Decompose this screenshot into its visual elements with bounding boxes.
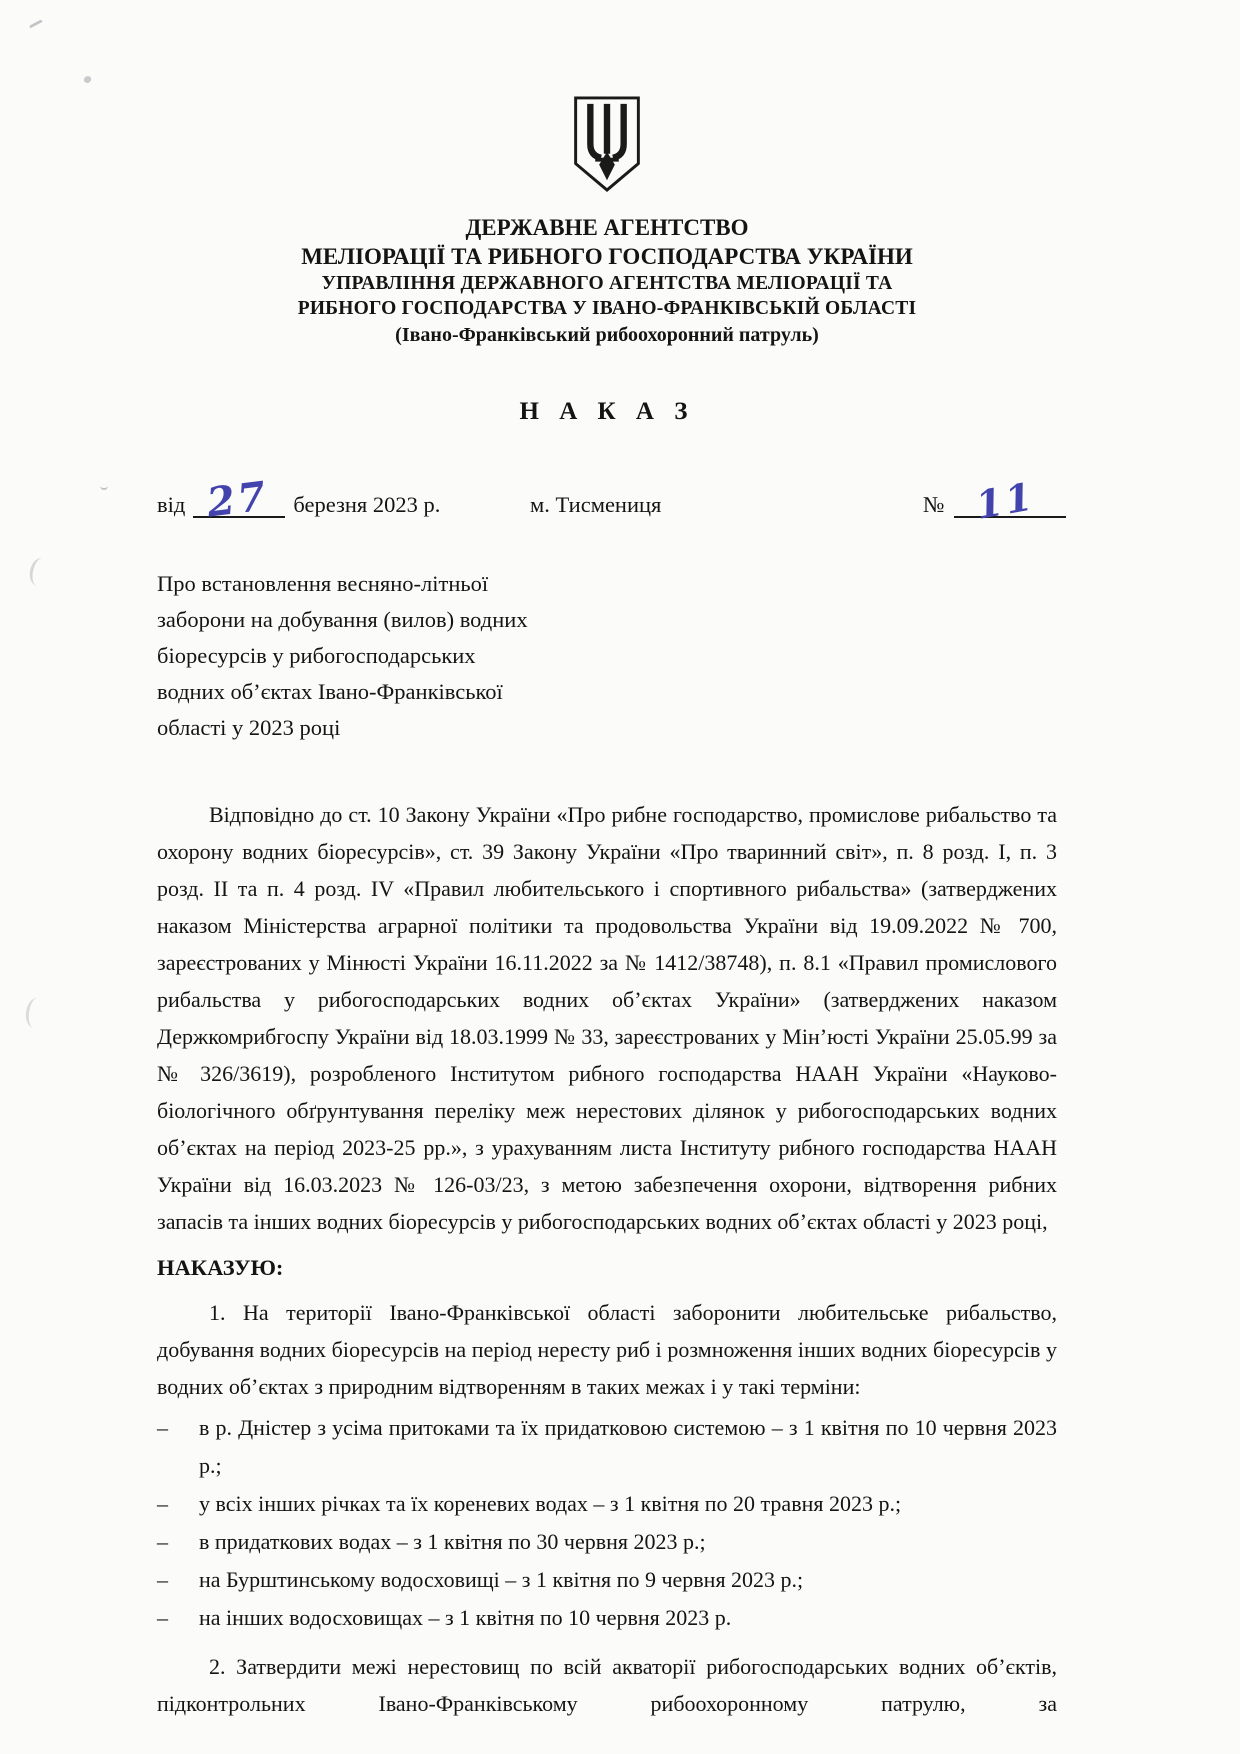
dash-marker: – [157, 1409, 199, 1485]
subject-line: області у 2023 році [157, 710, 657, 746]
scan-artifact [24, 997, 47, 1029]
patrol-name: (Івано-Франківський рибоохоронний патрул… [157, 323, 1057, 349]
date-number-line: від27березня 2023 р. м. Тисмениця №11 [157, 480, 1057, 526]
office-name-line2: РИБНОГО ГОСПОДАРСТВА У ІВАНО-ФРАНКІВСЬКІ… [157, 297, 1057, 322]
from-label: від [157, 492, 185, 517]
order-item-1: 1. На території Івано-Франківської облас… [157, 1294, 1057, 1405]
emblem-block [157, 0, 1057, 198]
document-title: Н А К А З [157, 398, 1057, 426]
list-item-text: в придаткових водах – з 1 квітня по 30 ч… [199, 1523, 1057, 1561]
office-name-line1: УПРАВЛІННЯ ДЕРЖАВНОГО АГЕНТСТВА МЕЛІОРАЦ… [157, 272, 1057, 297]
list-item: – в придаткових водах – з 1 квітня по 30… [157, 1523, 1057, 1561]
list-item-text: в р. Дністер з усіма притоками та їх при… [199, 1409, 1057, 1485]
subject-line: Про встановлення весняно-літньої [157, 566, 657, 602]
agency-name-line1: ДЕРЖАВНЕ АГЕНТСТВО [157, 213, 1057, 242]
scanned-order-document: ДЕРЖАВНЕ АГЕНТСТВО МЕЛІОРАЦІЇ ТА РИБНОГО… [0, 0, 1240, 1754]
place-label: м. Тисмениця [530, 492, 661, 518]
agency-name-line2: МЕЛІОРАЦІЇ ТА РИБНОГО ГОСПОДАРСТВА УКРАЇ… [157, 242, 1057, 271]
scan-artifact [29, 19, 45, 33]
dash-marker: – [157, 1523, 199, 1561]
number-sign: № [923, 492, 944, 517]
prohibition-terms-list: – в р. Дністер з усіма притоками та їх п… [157, 1409, 1057, 1637]
order-item-2: 2. Затвердити межі нерестовищ по всій ак… [157, 1648, 1057, 1722]
scan-artifact [100, 482, 108, 490]
subject-block: Про встановлення весняно-літньої заборон… [157, 566, 657, 746]
list-item: – в р. Дністер з усіма притоками та їх п… [157, 1409, 1057, 1485]
handwritten-number: 11 [974, 478, 1039, 526]
list-item-text: на Бурштинському водосховищі – з 1 квітн… [199, 1561, 1057, 1599]
scan-artifact [27, 556, 51, 587]
list-item: – на Бурштинському водосховищі – з 1 кві… [157, 1561, 1057, 1599]
dash-marker: – [157, 1485, 199, 1523]
list-item-text: на інших водосховищах – з 1 квітня по 10… [199, 1599, 1057, 1637]
subject-line: біоресурсів у рибогосподарських [157, 638, 657, 674]
document-content: ДЕРЖАВНЕ АГЕНТСТВО МЕЛІОРАЦІЇ ТА РИБНОГО… [157, 0, 1057, 1722]
list-item: – на інших водосховищах – з 1 квітня по … [157, 1599, 1057, 1637]
handwritten-day: 27 [205, 477, 271, 524]
date-field: від27березня 2023 р. [157, 492, 440, 518]
agency-header: ДЕРЖАВНЕ АГЕНТСТВО МЕЛІОРАЦІЇ ТА РИБНОГО… [157, 213, 1057, 348]
subject-line: водних об’єктах Івано-Франківської [157, 674, 657, 710]
subject-line: заборони на добування (вилов) водних [157, 602, 657, 638]
tryzub-emblem-icon [569, 95, 645, 193]
month-year-label: березня 2023 р. [293, 492, 440, 517]
number-field: №11 [923, 492, 1066, 518]
day-blank-line: 27 [193, 492, 285, 518]
order-keyword: НАКАЗУЮ: [157, 1255, 1057, 1281]
dash-marker: – [157, 1561, 199, 1599]
number-blank-line: 11 [954, 492, 1066, 518]
list-item: – у всіх інших річках та їх кореневих во… [157, 1485, 1057, 1523]
dash-marker: – [157, 1599, 199, 1637]
scan-artifact [83, 75, 92, 84]
preamble-paragraph: Відповідно до ст. 10 Закону України «Про… [157, 796, 1057, 1240]
list-item-text: у всіх інших річках та їх кореневих вода… [199, 1485, 1057, 1523]
